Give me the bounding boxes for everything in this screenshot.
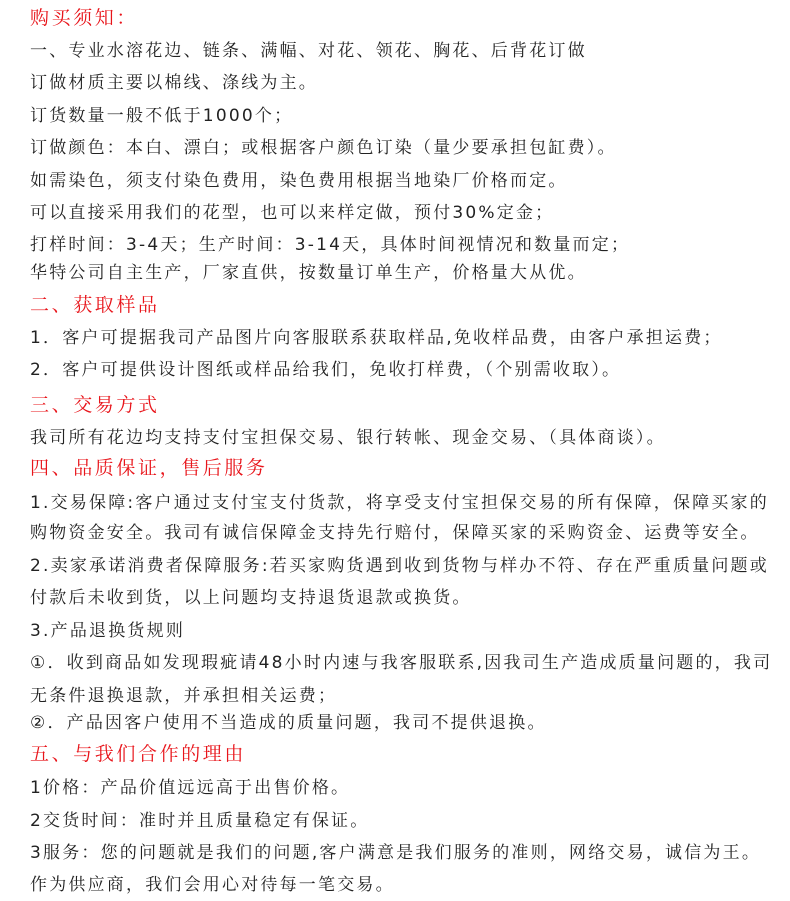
samples-line: 1．客户可提据我司产品图片向客服联系获取样品,免收样品费，由客户承担运费； [30, 326, 723, 350]
notice-line: 如需染色，须支付染色费用，染色费用根据当地染厂价格而定。 [30, 169, 568, 193]
section-heading-payment: 三、交易方式 [30, 393, 160, 417]
quality-line: 无条件退换退款，并承担相关运费； [30, 684, 337, 708]
notice-line: 一、专业水溶花边、链条、满幅、对花、领花、胸花、后背花订做 [30, 39, 587, 63]
reasons-line: 1价格：产品价值远远高于出售价格。 [30, 776, 350, 800]
section-heading-samples: 二、获取样品 [30, 293, 160, 317]
section-heading-quality: 四、品质保证，售后服务 [30, 456, 268, 480]
reasons-line: 作为供应商，我们会用心对待每一笔交易。 [30, 873, 395, 897]
quality-line: ②．产品因客户使用不当造成的质量问题，我司不提供退换。 [30, 711, 547, 735]
notice-line: 订货数量一般不低于1000个； [30, 104, 293, 128]
quality-line: 1.交易保障:客户通过支付宝支付货款，将享受支付宝担保交易的所有保障，保障买家的 [30, 491, 769, 515]
notice-line: 华特公司自主生产，厂家直供，按数量订单生产，价格量大从优。 [30, 261, 587, 285]
notice-line: 打样时间：3-4天；生产时间：3-14天，具体时间视情况和数量而定； [30, 233, 630, 257]
quality-line: ①．收到商品如发现瑕疵请48小时内速与我客服联系,因我司生产造成质量问题的，我司 [30, 651, 772, 675]
notice-line: 订做颜色：本白、漂白；或根据客户颜色订染（量少要承担包缸费）。 [30, 136, 617, 160]
quality-line: 购物资金安全。我司有诚信保障金支持先行赔付，保障买家的采购资金、运费等安全。 [30, 521, 760, 545]
quality-line: 付款后未收到货，以上问题均支持退货退款或换货。 [30, 586, 472, 610]
quality-line: 3.产品退换货规则 [30, 619, 185, 643]
payment-line: 我司所有花边均支持支付宝担保交易、银行转帐、现金交易、（具体商谈）。 [30, 426, 666, 450]
document-title: 购买须知： [30, 6, 138, 30]
reasons-line: 3服务：您的问题就是我们的问题,客户满意是我们服务的准则，网络交易，诚信为王。 [30, 841, 761, 865]
samples-line: 2．客户可提供设计图纸或样品给我们，免收打样费，（个别需收取）。 [30, 358, 621, 382]
quality-line: 2.卖家承诺消费者保障服务:若买家购货遇到收到货物与样办不符、存在严重质量问题或 [30, 554, 769, 578]
section-heading-reasons: 五、与我们合作的理由 [30, 742, 246, 766]
notice-line: 订做材质主要以棉线、涤线为主。 [30, 71, 318, 95]
notice-line: 可以直接采用我们的花型，也可以来样定做，预付30%定金； [30, 201, 554, 225]
reasons-line: 2交货时间：准时并且质量稳定有保证。 [30, 809, 369, 833]
